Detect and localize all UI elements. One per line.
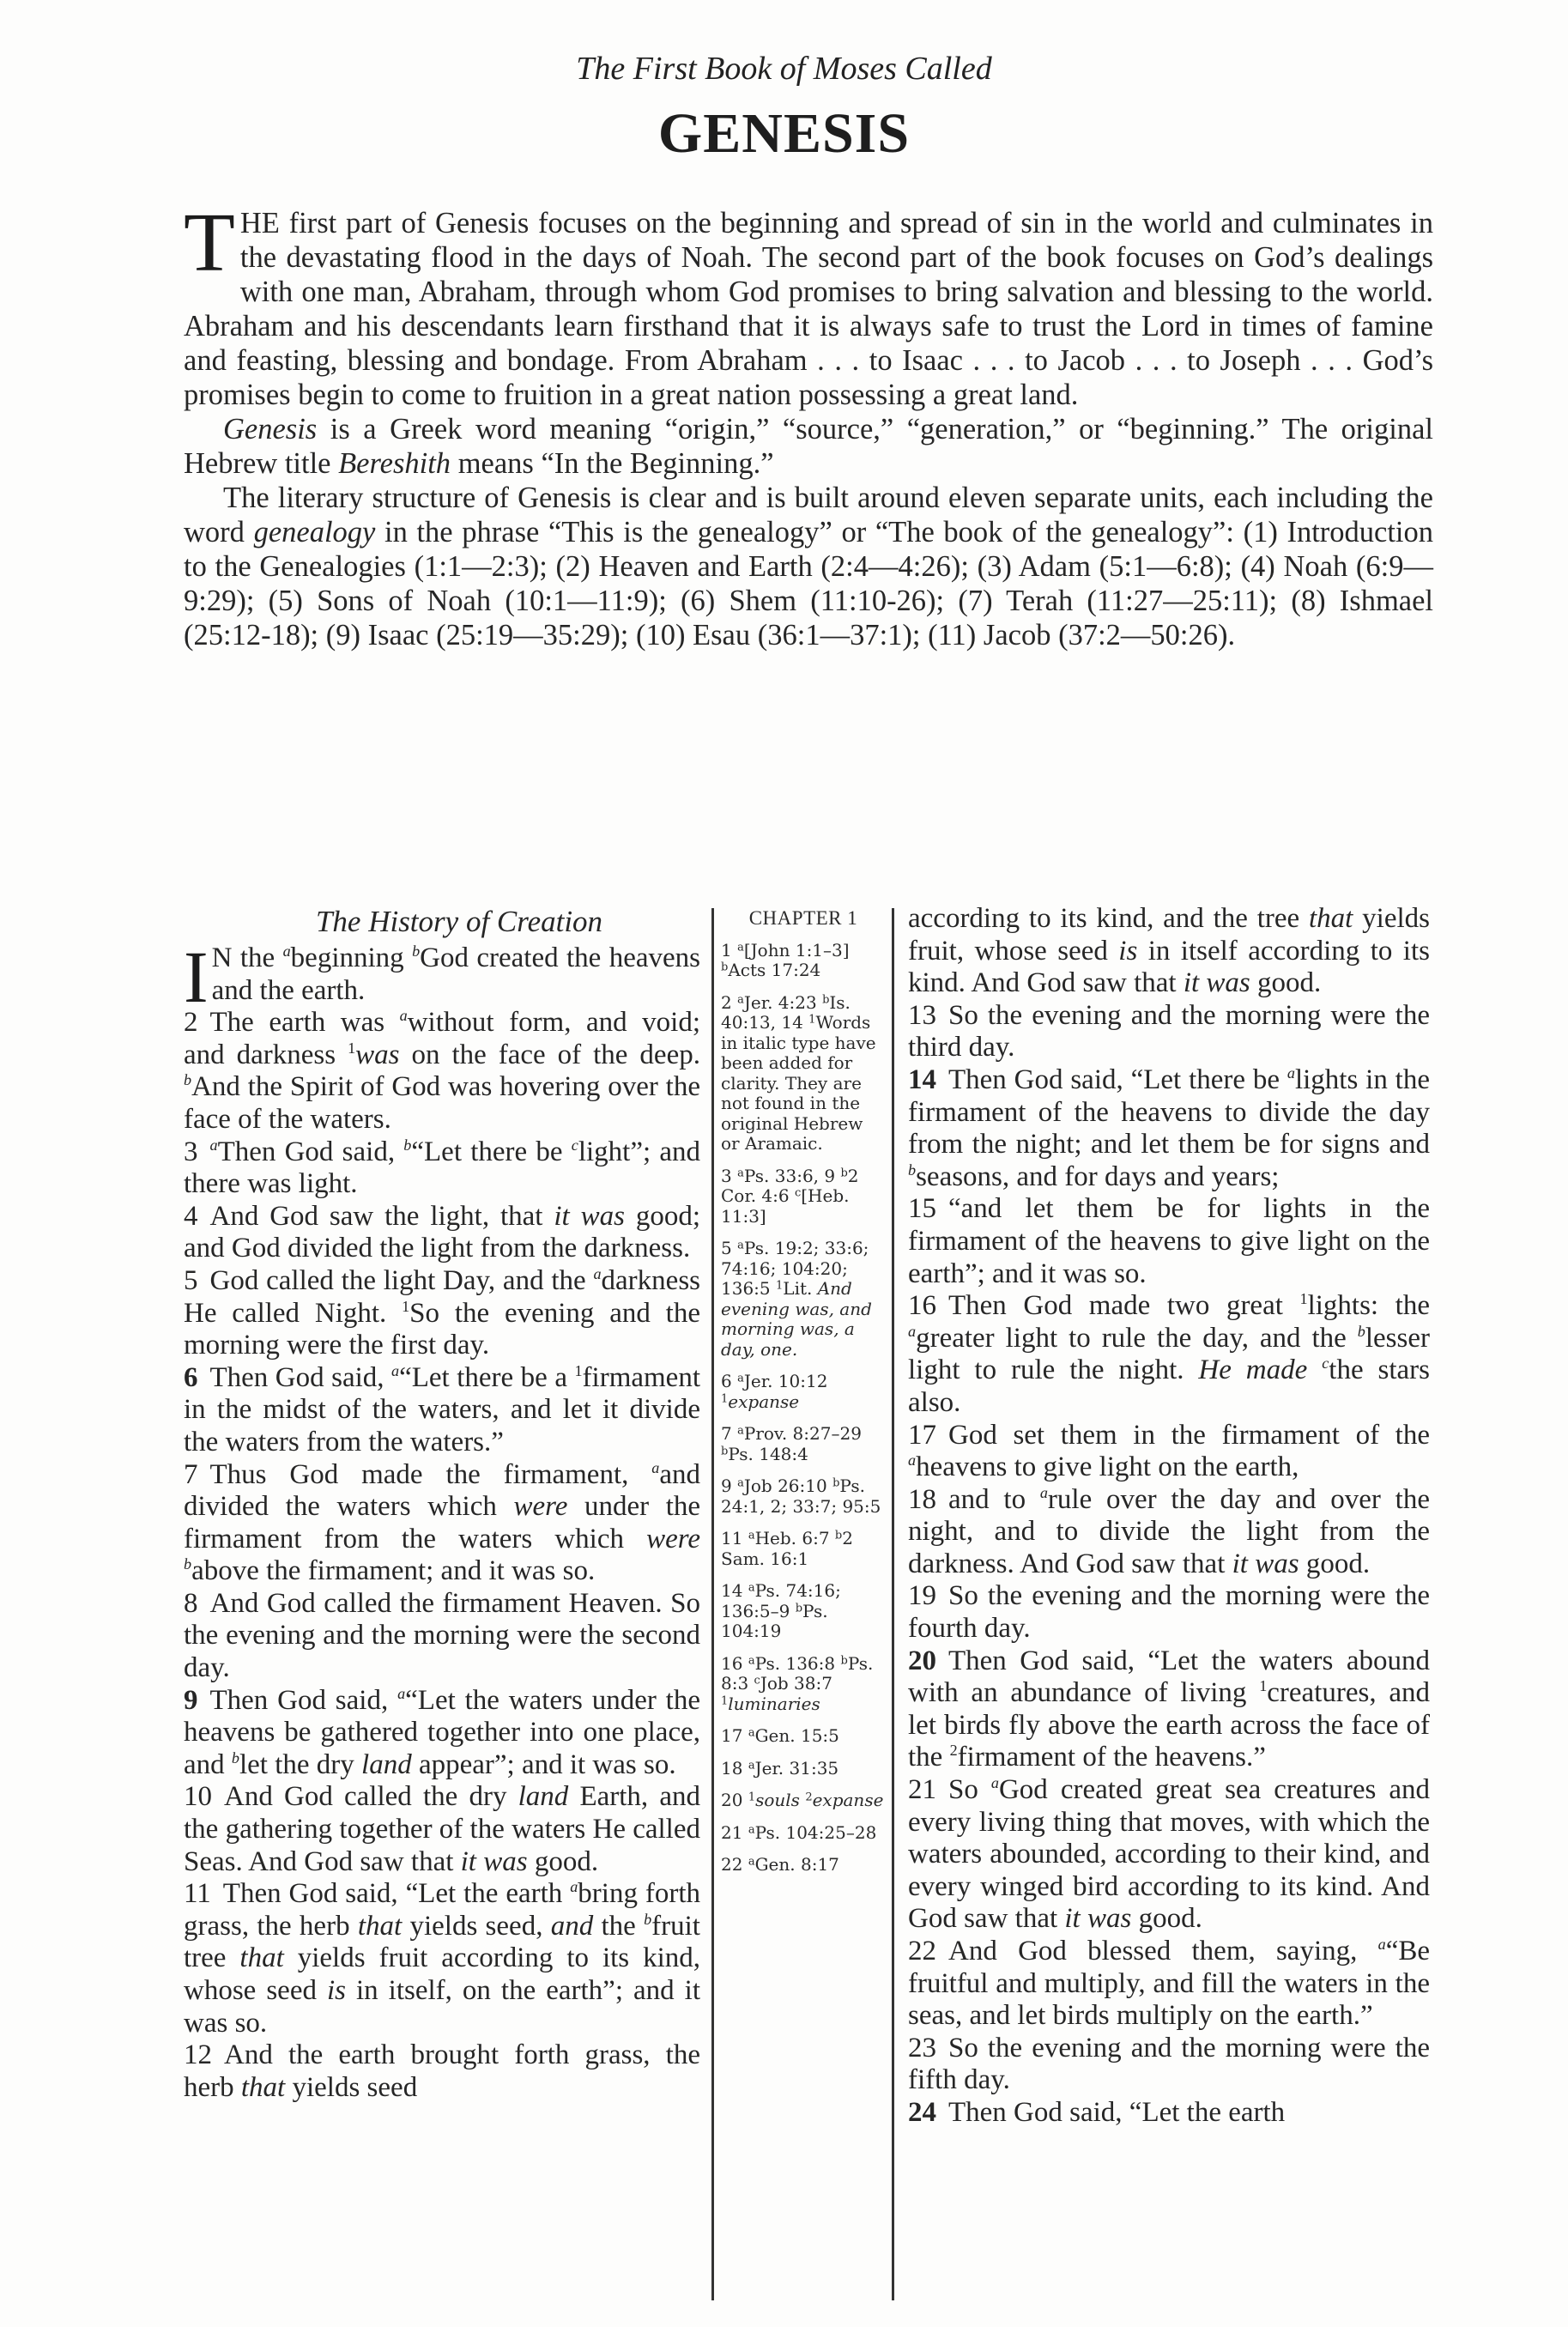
intro-paragraph-3: The literary structure of Genesis is cle… <box>184 481 1433 652</box>
drop-cap: I <box>184 948 209 1006</box>
cross-ref-v18: 18 aJer. 31:35 <box>721 1759 886 1779</box>
column-divider-right <box>892 908 894 2300</box>
verse-9: 9Then God said, a“Let the waters under t… <box>184 1685 700 1782</box>
section-heading: The History of Creation <box>184 903 700 941</box>
cross-ref-v22: 22 aGen. 8:17 <box>721 1855 886 1876</box>
cross-ref-v21: 21 aPs. 104:25–28 <box>721 1823 886 1844</box>
cross-ref-v2: 2 aJer. 4:23 bIs. 40:13, 14 1Words in it… <box>721 993 886 1154</box>
scripture-column-left: The History of Creation IN the abeginnin… <box>184 903 700 2104</box>
verse-20: 20Then God said, “Let the waters abound … <box>908 1645 1430 1774</box>
intro-paragraph-2: Genesis is a Greek word meaning “origin,… <box>184 412 1433 481</box>
cross-ref-v20: 20 1souls 2expanse <box>721 1791 886 1811</box>
verse-16: 16Then God made two great 1lights: the a… <box>908 1290 1430 1419</box>
cross-ref-v5: 5 aPs. 19:2; 33:6; 74:16; 104:20; 136:5 … <box>721 1239 886 1360</box>
verse-24: 24Then God said, “Let the earth <box>908 2097 1430 2130</box>
bible-page: The First Book of Moses Called GENESIS T… <box>0 0 1568 2327</box>
verse-3: 3aThen God said, b“Let there be clight”;… <box>184 1136 700 1201</box>
cross-ref-v9: 9 aJob 26:10 bPs. 24:1, 2; 33:7; 95:5 <box>721 1476 886 1517</box>
cross-ref-v17: 17 aGen. 15:5 <box>721 1726 886 1747</box>
verse-11: 11Then God said, “Let the earth abring f… <box>184 1878 700 2039</box>
cross-ref-v14: 14 aPs. 74:16; 136:5–9 bPs. 104:19 <box>721 1581 886 1642</box>
verse-2: 2The earth was awithout form, and void; … <box>184 1007 700 1136</box>
cross-ref-v6: 6 aJer. 10:12 1expanse <box>721 1372 886 1412</box>
verse-8: 8And God called the firmament Heaven. So… <box>184 1588 700 1685</box>
verse-13: 13So the evening and the morning were th… <box>908 1000 1430 1064</box>
cross-ref-v11: 11 aHeb. 6:7 b2 Sam. 16:1 <box>721 1529 886 1569</box>
cross-ref-v1: 1 a[John 1:1–3] bActs 17:24 <box>721 941 886 981</box>
drop-cap: T <box>184 209 235 276</box>
cross-reference-column: CHAPTER 1 1 a[John 1:1–3] bActs 17:24 2 … <box>721 908 886 1888</box>
verse-10: 10And God called the dry land Earth, and… <box>184 1781 700 1878</box>
verse-6: 6Then God said, a“Let there be a 1firmam… <box>184 1362 700 1459</box>
verse-5: 5God called the light Day, and the adark… <box>184 1265 700 1362</box>
book-subtitle: The First Book of Moses Called <box>0 50 1568 88</box>
cross-ref-v3: 3 aPs. 33:6, 9 b2 Cor. 4:6 c[Heb. 11:3] <box>721 1167 886 1227</box>
column-divider-left <box>711 908 714 2300</box>
verse-14: 14Then God said, “Let there be alights i… <box>908 1064 1430 1193</box>
verse-1: IN the abeginning bGod created the heave… <box>184 942 700 1007</box>
verse-4: 4And God saw the light, that it was good… <box>184 1201 700 1265</box>
verse-19: 19So the evening and the morning were th… <box>908 1580 1430 1645</box>
verse-7: 7Thus God made the firmament, aand divid… <box>184 1459 700 1588</box>
verse-15: 15“and let them be for lights in the fir… <box>908 1193 1430 1290</box>
verse-17: 17God set them in the firmament of the a… <box>908 1420 1430 1484</box>
verse-21: 21So aGod created great sea creatures an… <box>908 1774 1430 1936</box>
verse-18: 18and to arule over the day and over the… <box>908 1484 1430 1581</box>
verse-12-continued: according to its kind, and the tree that… <box>908 903 1430 1000</box>
intro-paragraph-1: THE first part of Genesis focuses on the… <box>184 206 1433 412</box>
verse-23: 23So the evening and the morning were th… <box>908 2033 1430 2097</box>
book-title: GENESIS <box>0 101 1568 167</box>
chapter-label: CHAPTER 1 <box>721 908 886 929</box>
cross-ref-v7: 7 aProv. 8:27–29 bPs. 148:4 <box>721 1424 886 1464</box>
book-introduction: THE first part of Genesis focuses on the… <box>184 206 1433 652</box>
verse-12: 12And the earth brought forth grass, the… <box>184 2039 700 2104</box>
cross-ref-v16: 16 aPs. 136:8 bPs. 8:3 cJob 38:7 1lumina… <box>721 1654 886 1715</box>
scripture-column-right: according to its kind, and the tree that… <box>908 903 1430 2130</box>
verse-22: 22And God blessed them, saying, a“Be fru… <box>908 1936 1430 2033</box>
